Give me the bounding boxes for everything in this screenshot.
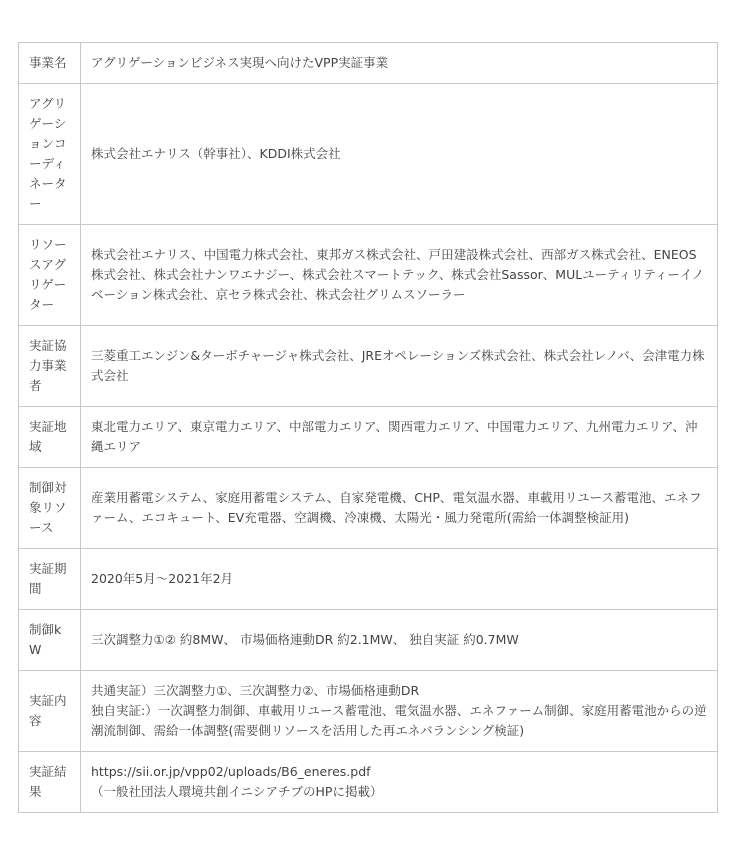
value-line: 株式会社エナリス、中国電力株式会社、東邦ガス株式会社、戸田建設株式会社、西部ガス… xyxy=(91,245,707,305)
table-row-project-name: 事業名アグリゲーションビジネス実現へ向けたVPP実証事業 xyxy=(19,43,718,84)
project-info-table: 事業名アグリゲーションビジネス実現へ向けたVPP実証事業アグリゲーションコーディ… xyxy=(18,42,718,813)
row-value: 東北電力エリア、東京電力エリア、中部電力エリア、関西電力エリア、中国電力エリア、… xyxy=(81,407,718,468)
row-label: 実証期間 xyxy=(19,549,81,610)
result-link[interactable]: https://sii.or.jp/vpp02/uploads/B6_enere… xyxy=(91,762,707,782)
row-value: 株式会社エナリス（幹事社）、KDDI株式会社 xyxy=(81,84,718,225)
row-label: 制御対象リソース xyxy=(19,468,81,549)
table-row-demo-period: 実証期間2020年5月～2021年2月 xyxy=(19,549,718,610)
value-line: 三次調整力①② 約8MW、 市場価格連動DR 約2.1MW、 独自実証 約0.7… xyxy=(91,630,707,650)
row-value: https://sii.or.jp/vpp02/uploads/B6_enere… xyxy=(81,752,718,813)
row-label: 事業名 xyxy=(19,43,81,84)
table-row-demo-result: 実証結果https://sii.or.jp/vpp02/uploads/B6_e… xyxy=(19,752,718,813)
value-line: 共通実証）三次調整力①、三次調整力②、市場価格連動DR xyxy=(91,681,707,701)
value-line: アグリゲーションビジネス実現へ向けたVPP実証事業 xyxy=(91,53,707,73)
row-label: 制御kW xyxy=(19,610,81,671)
row-value: 三次調整力①② 約8MW、 市場価格連動DR 約2.1MW、 独自実証 約0.7… xyxy=(81,610,718,671)
row-label: 実証内容 xyxy=(19,671,81,752)
table-row-aggregation-coordinator: アグリゲーションコーディネーター株式会社エナリス（幹事社）、KDDI株式会社 xyxy=(19,84,718,225)
row-label: アグリゲーションコーディネーター xyxy=(19,84,81,225)
table-row-control-kw: 制御kW三次調整力①② 約8MW、 市場価格連動DR 約2.1MW、 独自実証 … xyxy=(19,610,718,671)
table-body: 事業名アグリゲーションビジネス実現へ向けたVPP実証事業アグリゲーションコーディ… xyxy=(19,43,718,813)
row-label: 実証地域 xyxy=(19,407,81,468)
table-row-demo-content: 実証内容共通実証）三次調整力①、三次調整力②、市場価格連動DR独自実証:）一次調… xyxy=(19,671,718,752)
row-value: 株式会社エナリス、中国電力株式会社、東邦ガス株式会社、戸田建設株式会社、西部ガス… xyxy=(81,225,718,326)
value-line: （一般社団法人環境共創イニシアチブのHPに掲載） xyxy=(91,782,707,802)
table-row-resource-aggregator: リソースアグリゲーター株式会社エナリス、中国電力株式会社、東邦ガス株式会社、戸田… xyxy=(19,225,718,326)
table-row-demo-area: 実証地域東北電力エリア、東京電力エリア、中部電力エリア、関西電力エリア、中国電力… xyxy=(19,407,718,468)
value-line: 独自実証:）一次調整力制御、車載用リユース蓄電池、電気温水器、エネファーム制御、… xyxy=(91,701,707,741)
value-line: 2020年5月～2021年2月 xyxy=(91,569,707,589)
row-value: 産業用蓄電システム、家庭用蓄電システム、自家発電機、CHP、電気温水器、車載用リ… xyxy=(81,468,718,549)
value-line: 三菱重工エンジン&ターボチャージャ株式会社、JREオペレーションズ株式会社、株式… xyxy=(91,346,707,386)
row-value: 共通実証）三次調整力①、三次調整力②、市場価格連動DR独自実証:）一次調整力制御… xyxy=(81,671,718,752)
row-value: 2020年5月～2021年2月 xyxy=(81,549,718,610)
row-label: 実証結果 xyxy=(19,752,81,813)
row-value: アグリゲーションビジネス実現へ向けたVPP実証事業 xyxy=(81,43,718,84)
value-line: 株式会社エナリス（幹事社）、KDDI株式会社 xyxy=(91,144,707,164)
table-row-controlled-resources: 制御対象リソース産業用蓄電システム、家庭用蓄電システム、自家発電機、CHP、電気… xyxy=(19,468,718,549)
value-line: 産業用蓄電システム、家庭用蓄電システム、自家発電機、CHP、電気温水器、車載用リ… xyxy=(91,488,707,528)
row-value: 三菱重工エンジン&ターボチャージャ株式会社、JREオペレーションズ株式会社、株式… xyxy=(81,326,718,407)
row-label: リソースアグリゲーター xyxy=(19,225,81,326)
value-line: 東北電力エリア、東京電力エリア、中部電力エリア、関西電力エリア、中国電力エリア、… xyxy=(91,417,707,457)
row-label: 実証協力事業者 xyxy=(19,326,81,407)
table-row-cooperating-companies: 実証協力事業者三菱重工エンジン&ターボチャージャ株式会社、JREオペレーションズ… xyxy=(19,326,718,407)
